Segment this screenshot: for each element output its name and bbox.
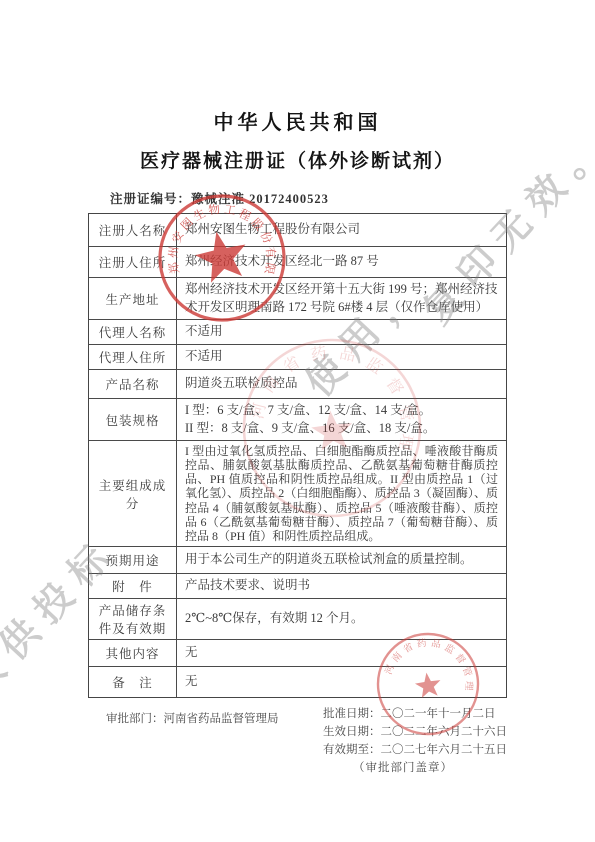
row-registrant-address: 注册人住所 郑州经济技术开发区经北一路 87 号 bbox=[89, 246, 506, 277]
row-value: 产品技术要求、说明书 bbox=[177, 574, 506, 598]
row-storage-validity: 产品储存条件及有效期 2℃~8℃保存，有效期 12 个月。 bbox=[89, 598, 506, 639]
row-label: 包装规格 bbox=[89, 399, 177, 440]
row-agent-name: 代理人名称 不适用 bbox=[89, 319, 506, 344]
row-label: 产品储存条件及有效期 bbox=[89, 599, 177, 639]
row-label: 其他内容 bbox=[89, 640, 177, 666]
approval-date-line: 批准日期：二〇二一年十一月二日 bbox=[323, 706, 507, 724]
certificate-table: 注册人名称 郑州安图生物工程股份有限公司 注册人住所 郑州经济技术开发区经北一路… bbox=[88, 213, 507, 698]
row-label: 代理人名称 bbox=[89, 320, 177, 344]
certificate-page: 中华人民共和国 医疗器械注册证（体外诊断试剂） 注册证编号：豫械注准 20172… bbox=[0, 0, 595, 842]
row-value: 用于本公司生产的阴道炎五联检试剂盒的质量控制。 bbox=[177, 547, 506, 573]
row-label: 注册人名称 bbox=[89, 214, 177, 246]
expiry-date-line: 有效期至：二〇二七年六月二十五日 bbox=[323, 742, 507, 760]
row-label: 附 件 bbox=[89, 574, 177, 598]
row-packaging-spec: 包装规格 I 型：6 支/盒、7 支/盒、12 支/盒、14 支/盒。 II 型… bbox=[89, 398, 506, 440]
row-production-address: 生产地址 郑州经济技术开发区经开第十五大街 199 号；郑州经济技术开发区明理南… bbox=[89, 277, 506, 319]
effective-date-line: 生效日期：二〇二二年六月二十六日 bbox=[323, 724, 507, 742]
row-remarks: 备 注 无 bbox=[89, 666, 506, 697]
row-intended-use: 预期用途 用于本公司生产的阴道炎五联检试剂盒的质量控制。 bbox=[89, 546, 506, 573]
row-value: 不适用 bbox=[177, 345, 506, 369]
row-label: 主要组成成分 bbox=[89, 441, 177, 546]
registration-number-line: 注册证编号：豫械注准 20172400523 bbox=[110, 189, 595, 207]
row-value: 不适用 bbox=[177, 320, 506, 344]
row-registrant-name: 注册人名称 郑州安图生物工程股份有限公司 bbox=[89, 214, 506, 246]
row-label: 备 注 bbox=[89, 667, 177, 697]
page-title: 中华人民共和国 bbox=[0, 0, 595, 134]
row-value: 阴道炎五联检质控品 bbox=[177, 370, 506, 398]
row-value: I 型由过氧化氢质控品、白细胞酯酶质控品、唾液酸苷酶质控品、脯氨酸氨基肽酶质控品… bbox=[177, 441, 506, 546]
date-block: 批准日期：二〇二一年十一月二日 生效日期：二〇二二年六月二十六日 有效期至：二〇… bbox=[323, 706, 507, 777]
row-label: 注册人住所 bbox=[89, 247, 177, 277]
certificate-footer: 审批部门：河南省药品监督管理局 批准日期：二〇二一年十一月二日 生效日期：二〇二… bbox=[88, 706, 507, 777]
row-product-name: 产品名称 阴道炎五联检质控品 bbox=[89, 369, 506, 398]
row-label: 产品名称 bbox=[89, 370, 177, 398]
doc-subtitle: 医疗器械注册证（体外诊断试剂） bbox=[0, 146, 595, 173]
registration-number-value: 豫械注准 20172400523 bbox=[191, 192, 329, 206]
row-attachments: 附 件 产品技术要求、说明书 bbox=[89, 573, 506, 598]
row-main-components: 主要组成成分 I 型由过氧化氢质控品、白细胞酯酶质控品、唾液酸苷酶质控品、脯氨酸… bbox=[89, 440, 506, 546]
row-label: 代理人住所 bbox=[89, 345, 177, 369]
seal-note-line: （审批部门盖章） bbox=[323, 760, 507, 778]
row-value: 郑州经济技术开发区经北一路 87 号 bbox=[177, 247, 506, 277]
row-other-content: 其他内容 无 bbox=[89, 639, 506, 666]
row-value: 郑州经济技术开发区经开第十五大街 199 号；郑州经济技术开发区明理南路 172… bbox=[177, 278, 506, 319]
row-label: 预期用途 bbox=[89, 547, 177, 573]
row-value: 郑州安图生物工程股份有限公司 bbox=[177, 214, 506, 246]
row-label: 生产地址 bbox=[89, 278, 177, 319]
registration-number-label: 注册证编号： bbox=[110, 192, 191, 206]
row-agent-address: 代理人住所 不适用 bbox=[89, 344, 506, 369]
row-value: 无 bbox=[177, 640, 506, 666]
row-value: I 型：6 支/盒、7 支/盒、12 支/盒、14 支/盒。 II 型：8 支/… bbox=[177, 399, 506, 440]
row-value: 无 bbox=[177, 667, 506, 697]
approval-department-line: 审批部门：河南省药品监督管理局 bbox=[106, 706, 279, 777]
row-value: 2℃~8℃保存，有效期 12 个月。 bbox=[177, 599, 506, 639]
